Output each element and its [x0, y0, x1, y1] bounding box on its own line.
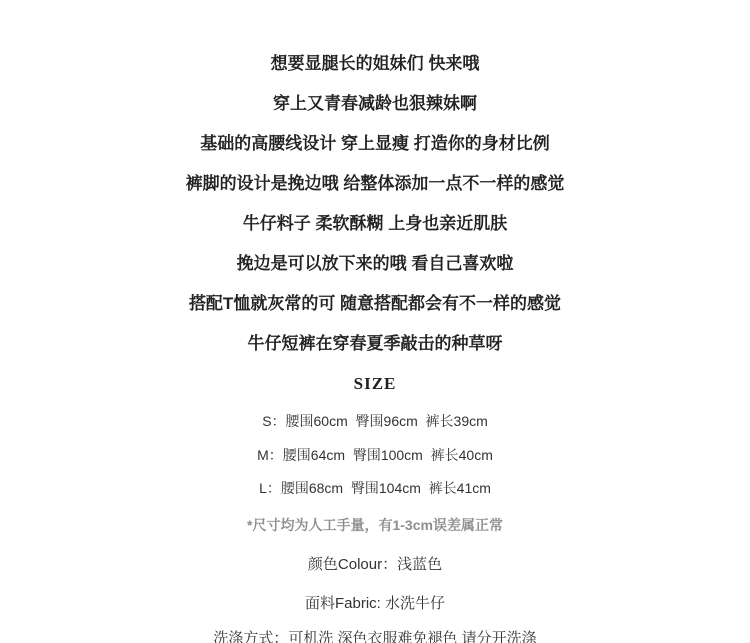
description-line-4: 裤脚的设计是挽边哦 给整体添加一点不一样的感觉	[0, 172, 750, 196]
fabric-attribute: 面料Fabric: 水洗牛仔	[0, 592, 750, 616]
size-measurement-note: *尺寸均为人工手量，有1-3cm误差属正常	[0, 513, 750, 537]
size-row-m: M：腰围64cm 臀围100cm 裤长40cm	[0, 443, 750, 467]
size-heading: SIZE	[0, 372, 750, 396]
product-description-panel: 想要显腿长的姐妹们 快来哦 穿上又青春减龄也狠辣妹啊 基础的高腰线设计 穿上显瘦…	[0, 0, 750, 643]
description-line-2: 穿上又青春减龄也狠辣妹啊	[0, 92, 750, 116]
size-row-l: L：腰围68cm 臀围104cm 裤长41cm	[0, 476, 750, 500]
description-line-5: 牛仔料子 柔软酥糊 上身也亲近肌肤	[0, 212, 750, 236]
size-row-s: S：腰围60cm 臀围96cm 裤长39cm	[0, 409, 750, 433]
description-line-6: 挽边是可以放下来的哦 看自己喜欢啦	[0, 252, 750, 276]
description-line-1: 想要显腿长的姐妹们 快来哦	[0, 52, 750, 76]
description-line-7: 搭配T恤就灰常的可 随意搭配都会有不一样的感觉	[0, 292, 750, 316]
description-line-3: 基础的高腰线设计 穿上显瘦 打造你的身材比例	[0, 132, 750, 156]
colour-attribute: 颜色Colour：浅蓝色	[0, 553, 750, 577]
wash-instructions: 洗涤方式：可机洗 深色衣服难免褪色 请分开洗涤	[0, 627, 750, 643]
description-line-8: 牛仔短裤在穿春夏季敲击的种草呀	[0, 332, 750, 356]
